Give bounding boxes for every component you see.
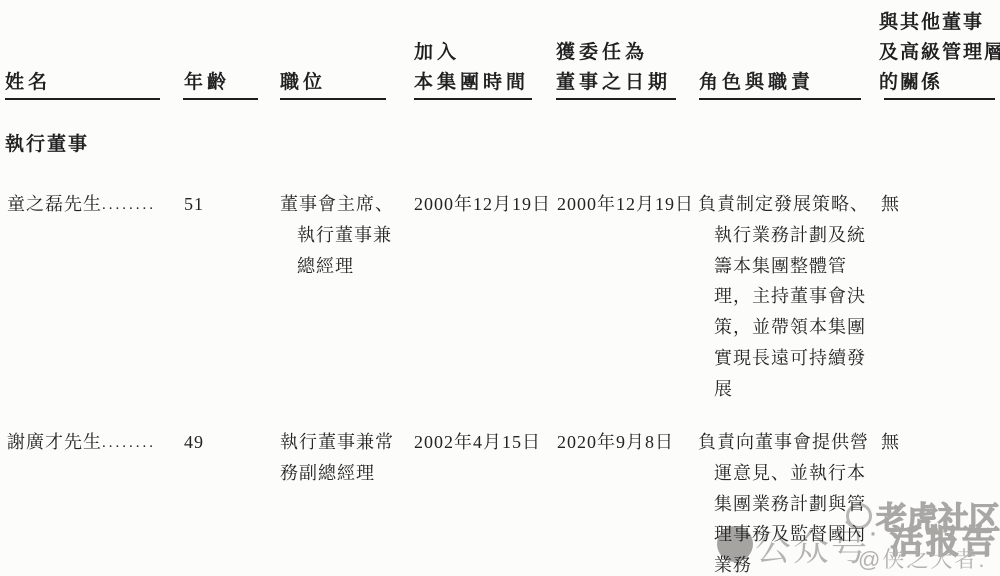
director-name-text: 謝廣才先生: [7, 432, 102, 452]
position-line: 總經理: [280, 251, 394, 282]
director-age: 49: [184, 427, 204, 458]
watermark-author-handle: @侠之大者.: [858, 543, 986, 574]
prospectus-directors-page: 姓名 年齡 職位 加入 本集團時間 獲委任為 董事之日期 角色與職責 與其他董事…: [0, 0, 1000, 576]
role-line: 集團業務計劃與管: [698, 489, 869, 520]
director-age: 51: [184, 189, 204, 220]
role-line: 業務: [698, 550, 869, 576]
director-position: 董事會主席、 執行董事兼 總經理: [280, 189, 394, 281]
role-line: 負責向董事會提供營: [698, 427, 869, 458]
position-line: 董事會主席、: [280, 189, 394, 220]
director-name-text: 童之磊先生: [7, 194, 102, 214]
director-role: 負責向董事會提供營 運意見、並執行本 集團業務計劃與管 理事務及監督國內 業務: [698, 427, 869, 576]
director-appointed-date: 2020年9月8日: [557, 427, 674, 458]
position-line: 務副總經理: [280, 458, 394, 489]
director-joined-date: 2000年12月19日: [414, 189, 551, 220]
position-line: 執行董事兼: [280, 220, 394, 251]
director-relationship: 無: [881, 189, 900, 220]
role-line: 策，並帶領本集團: [698, 312, 869, 343]
role-line: 展: [698, 374, 869, 405]
role-line: 籌本集團整體管: [698, 251, 869, 282]
director-position: 執行董事兼常 務副總經理: [280, 427, 394, 489]
director-name: 謝廣才先生........: [7, 427, 156, 459]
director-relationship: 無: [881, 427, 900, 458]
role-line: 理，主持董事會決: [698, 281, 869, 312]
director-role: 負責制定發展策略、 執行業務計劃及統 籌本集團整體管 理，主持董事會決 策，並帶…: [698, 189, 869, 405]
position-line: 執行董事兼常: [280, 427, 394, 458]
role-line: 執行業務計劃及統: [698, 220, 869, 251]
director-joined-date: 2002年4月15日: [414, 427, 541, 458]
director-name: 童之磊先生........: [7, 189, 156, 221]
role-line: 運意見、並執行本: [698, 458, 869, 489]
role-line: 實現長遠可持續發: [698, 343, 869, 374]
dot-leader: ........: [102, 197, 156, 213]
dot-leader: ........: [102, 435, 156, 451]
role-line: 負責制定發展策略、: [698, 189, 869, 220]
role-line: 理事務及監督國內: [698, 519, 869, 550]
director-appointed-date: 2000年12月19日: [557, 189, 694, 220]
